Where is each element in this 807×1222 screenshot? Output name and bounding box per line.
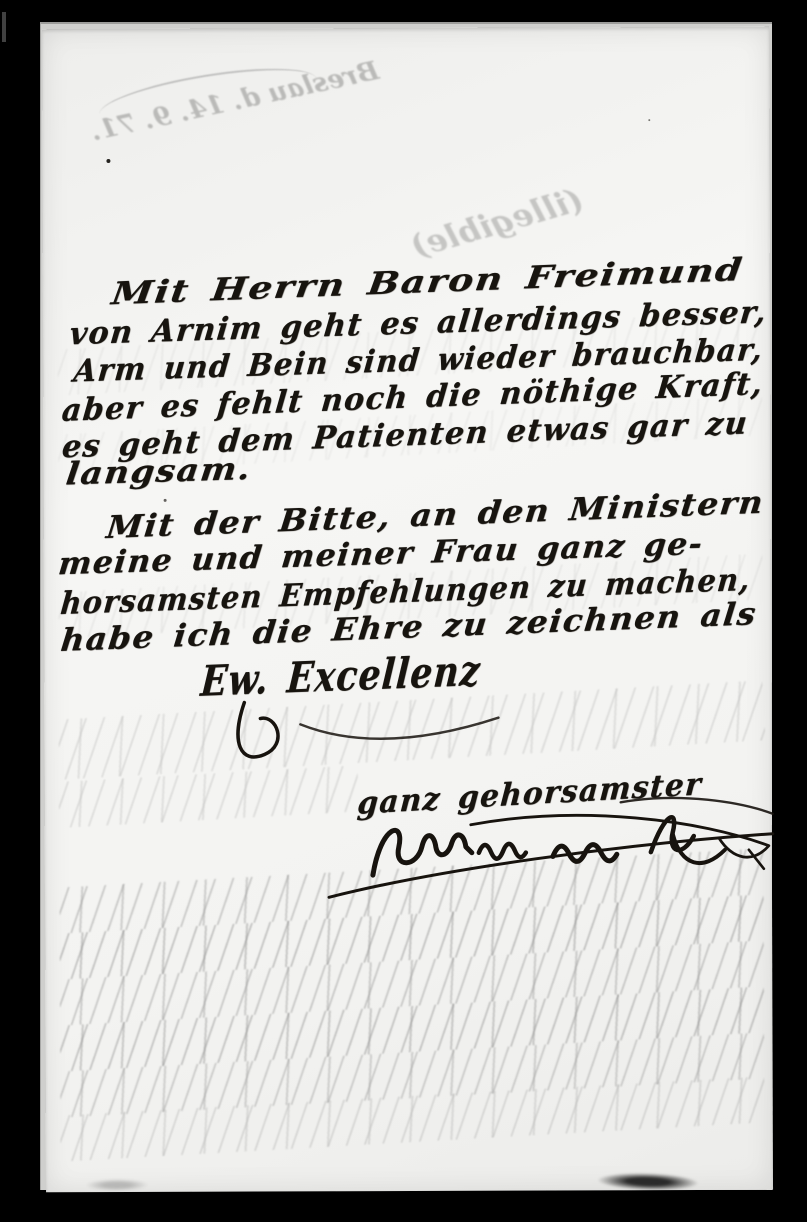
pen-flourish: [180, 696, 510, 777]
scan-background: Breslau d. 14. 9. 71. (illegible) Mit He…: [0, 0, 807, 1222]
paper-speck: [648, 119, 650, 121]
ink-smudge: [598, 1172, 698, 1192]
paper-speck: [164, 499, 167, 502]
scan-edge-artifact: [2, 12, 6, 42]
paper-speck: [106, 159, 110, 163]
handwriting-line: langsam.: [65, 451, 235, 492]
signature-flourish: [321, 794, 781, 906]
bleedthrough-mid-note: (illegible): [407, 180, 587, 266]
letter-page: Breslau d. 14. 9. 71. (illegible) Mit He…: [42, 27, 773, 1193]
ink-smudge: [86, 1179, 148, 1191]
